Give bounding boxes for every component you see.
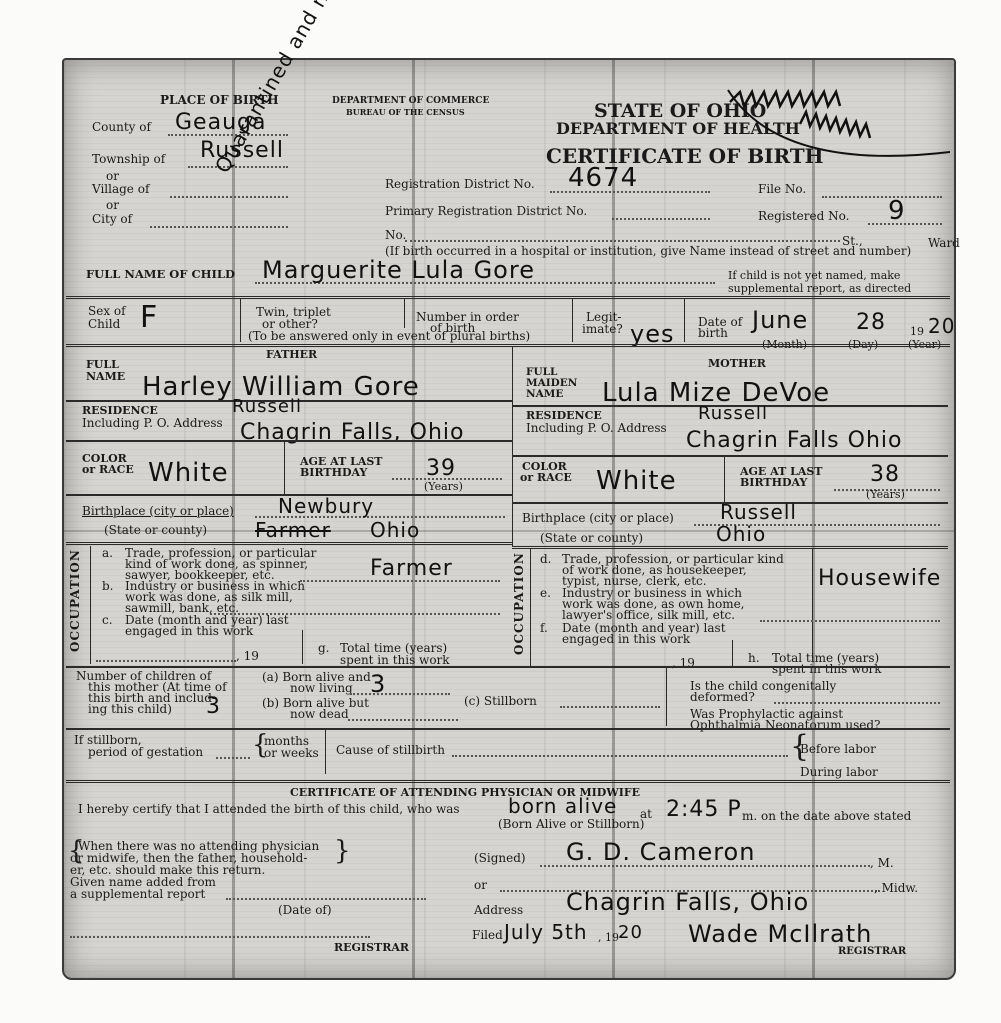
children-a-label-2: now living (290, 682, 353, 695)
not-named-note-2: supplemental report, as directed (728, 283, 911, 295)
fold-line (812, 60, 815, 978)
father-residence-label-1: RESIDENCE (82, 405, 158, 417)
full-name-label: FULL NAME OF CHILD (86, 268, 235, 280)
children-a-value: 3 (370, 670, 386, 698)
father-years-caption: (Years) (424, 481, 463, 493)
divider (530, 548, 531, 668)
legit-label-2: imate? (582, 323, 623, 336)
occ-e-line (760, 620, 940, 622)
children-c-label: (c) Stillborn (464, 695, 537, 708)
child-full-name: Marguerite Lula Gore (262, 256, 535, 284)
children-a-line (350, 693, 450, 695)
cause-label: Cause of stillbirth (336, 744, 445, 757)
plural-note: (To be answered only in event of plural … (248, 330, 530, 343)
divider (812, 548, 813, 658)
divider (512, 546, 948, 549)
mother-residence-label-2: Including P. O. Address (526, 422, 667, 435)
divider (66, 344, 950, 347)
no-label: No. (385, 229, 406, 242)
township-label: Township of (92, 153, 165, 166)
order-label-2: of birth (430, 322, 475, 335)
father-birthplace-label: Birthplace (city or place) (82, 505, 234, 518)
born-value: born alive (508, 794, 617, 818)
divider (66, 666, 950, 668)
mother-heading: MOTHER (708, 357, 766, 370)
registrar-signature: Wade McIlrath (688, 920, 872, 948)
occ-c-line (96, 660, 236, 662)
primary-reg-line (612, 218, 710, 220)
county-label: County of (92, 121, 151, 134)
deformed-line (774, 702, 940, 704)
reg-district-value: 4674 (568, 163, 638, 193)
registrar-line (70, 936, 370, 938)
sex-value: F (140, 300, 158, 335)
father-residence-label-2: Including P. O. Address (82, 417, 223, 430)
occ-b-marker: b. (102, 580, 114, 593)
street-line (405, 240, 840, 242)
certify-text: I hereby certify that I attended the bir… (78, 803, 460, 816)
sex-label: Sex of Child (88, 305, 138, 330)
mother-occupation-value: Housewife (818, 566, 941, 591)
city-label: City of (92, 213, 132, 226)
occ-c-year: , 19 (236, 650, 259, 663)
children-total-value: 3 (206, 694, 221, 719)
midwife-suffix: , Midw. (874, 882, 918, 895)
children-b-label-2: now dead (290, 708, 349, 721)
occ-f-line-2: engaged in this work (562, 633, 690, 646)
brace: } (334, 838, 351, 864)
or-label: or (474, 879, 487, 892)
address-value: Chagrin Falls, Ohio (566, 888, 809, 916)
mother-state-label: (State or county) (540, 532, 643, 545)
divider (66, 780, 950, 783)
city-line (150, 226, 288, 228)
father-state-value: Ohio (370, 518, 420, 542)
divider (66, 296, 950, 299)
m-label: m. on the date above stated (742, 810, 911, 823)
divider (732, 640, 733, 668)
village-line (170, 196, 288, 198)
father-occupation-heading: OCCUPATION (68, 549, 82, 652)
or-label: or (106, 170, 119, 183)
occ-a-marker: a. (102, 547, 113, 560)
divider (284, 442, 285, 494)
divider (66, 440, 512, 442)
father-state-label: (State or county) (104, 524, 207, 537)
address-label: Address (474, 904, 523, 917)
column-divider (512, 346, 513, 546)
filed-label: Filed (472, 929, 503, 942)
time-value: 2:45 P (666, 797, 742, 822)
mother-age-value: 38 (870, 462, 900, 487)
ward-label: Ward (928, 237, 960, 250)
father-occupation-value: Farmer (370, 556, 453, 581)
mother-name-label-3: NAME (526, 389, 563, 400)
father-color-value: White (148, 458, 229, 488)
mother-birthplace-value: Russell (720, 500, 797, 524)
primary-reg-label: Primary Registration District No. (385, 205, 587, 218)
father-occupation-heading-right: OCCUPATION (512, 552, 526, 655)
or-label: or (106, 199, 119, 212)
divider (240, 298, 241, 342)
registered-no-value: 9 (888, 196, 906, 226)
filed-year: 20 (618, 922, 643, 943)
divider (90, 546, 91, 664)
divider (724, 457, 725, 502)
divider (572, 298, 573, 342)
deformed-label-2: deformed? (690, 691, 755, 704)
children-c-line (560, 706, 660, 708)
divider (512, 455, 948, 457)
father-age-label-2: BIRTHDAY (300, 467, 367, 479)
occ-d-marker: d. (540, 553, 552, 566)
signed-label: (Signed) (474, 852, 526, 865)
cause-line (452, 755, 788, 757)
dob-year-prefix: 19 (910, 326, 924, 338)
before-labor-label: Before labor (800, 743, 876, 756)
not-named-note-1: If child is not yet named, make (728, 270, 900, 282)
gestation-unit-weeks: or weeks (264, 747, 319, 760)
divider (325, 730, 326, 774)
dept-commerce: DEPARTMENT OF COMMERCE (332, 96, 489, 106)
occ-g-line-2: spent in this work (340, 654, 450, 667)
divider (302, 630, 303, 664)
occ-c-line-2: engaged in this work (125, 625, 253, 638)
redaction-scribble (720, 82, 950, 172)
occ-g-marker: g. (318, 642, 330, 655)
occ-e-marker: e. (540, 587, 551, 600)
divider (404, 298, 405, 328)
filed-year-prefix: , 19 (598, 932, 619, 944)
filed-value: July 5th (504, 920, 588, 944)
reg-district-label: Registration District No. (385, 178, 535, 191)
township-line (188, 166, 288, 168)
village-label: Village of (92, 183, 149, 196)
signed-value: G. D. Cameron (566, 838, 755, 866)
children-b-line (348, 719, 458, 721)
file-no-line (822, 196, 942, 198)
mother-color-label-2: or RACE (520, 472, 572, 484)
dob-month: June (752, 306, 808, 334)
bureau-census: BUREAU OF THE CENSUS (346, 107, 465, 117)
dob-label-2: birth (698, 327, 728, 340)
father-state-strike: Farmer (255, 518, 331, 542)
father-residence-value-1: Russell (232, 396, 302, 417)
divider (666, 668, 667, 726)
during-labor-label: During labor (800, 766, 878, 779)
mother-residence-label-1: RESIDENCE (526, 410, 602, 422)
occ-h-line-2: spent in this work (772, 663, 882, 676)
mother-age-label-2: BIRTHDAY (740, 477, 807, 489)
mother-color-value: White (596, 466, 677, 496)
father-color-label-2: or RACE (82, 464, 134, 476)
mother-residence-value-1: Russell (698, 403, 768, 424)
mother-years-caption: (Years) (866, 489, 905, 501)
occ-f-marker: f. (540, 622, 548, 635)
born-caption: (Born Alive or Stillborn) (498, 818, 644, 831)
occ-c-marker: c. (102, 614, 113, 627)
father-birthplace-value: Newbury (278, 494, 374, 518)
father-age-value: 39 (426, 456, 456, 481)
m-suffix: , M. (870, 857, 894, 870)
registrar-label-right: REGISTRAR (838, 947, 906, 958)
dob-day: 28 (856, 310, 886, 335)
dob-year: 20 (928, 314, 955, 338)
divider (66, 728, 950, 730)
divider (684, 298, 685, 342)
mother-residence-value-2: Chagrin Falls Ohio (686, 428, 902, 453)
mother-birthplace-label: Birthplace (city or place) (522, 512, 674, 525)
father-name-label: FULL NAME (86, 359, 134, 382)
divider (66, 542, 512, 545)
file-no-label: File No. (758, 183, 806, 196)
children-label-4: ing this child) (88, 703, 172, 716)
gestation-line (216, 757, 250, 759)
given-name-label-2: a supplemental report (70, 888, 205, 901)
father-heading: FATHER (266, 348, 317, 361)
mother-state-value: Ohio (716, 522, 766, 546)
occ-h-marker: h. (748, 652, 760, 665)
given-name-line (226, 898, 426, 900)
registrar-label-left: REGISTRAR (334, 942, 409, 954)
occ-e-line-3: lawyer's office, silk mill, etc. (562, 609, 735, 622)
date-of-caption: (Date of) (278, 904, 332, 917)
registered-no-label: Registered No. (758, 210, 849, 223)
stillborn-label-2: period of gestation (88, 746, 203, 759)
